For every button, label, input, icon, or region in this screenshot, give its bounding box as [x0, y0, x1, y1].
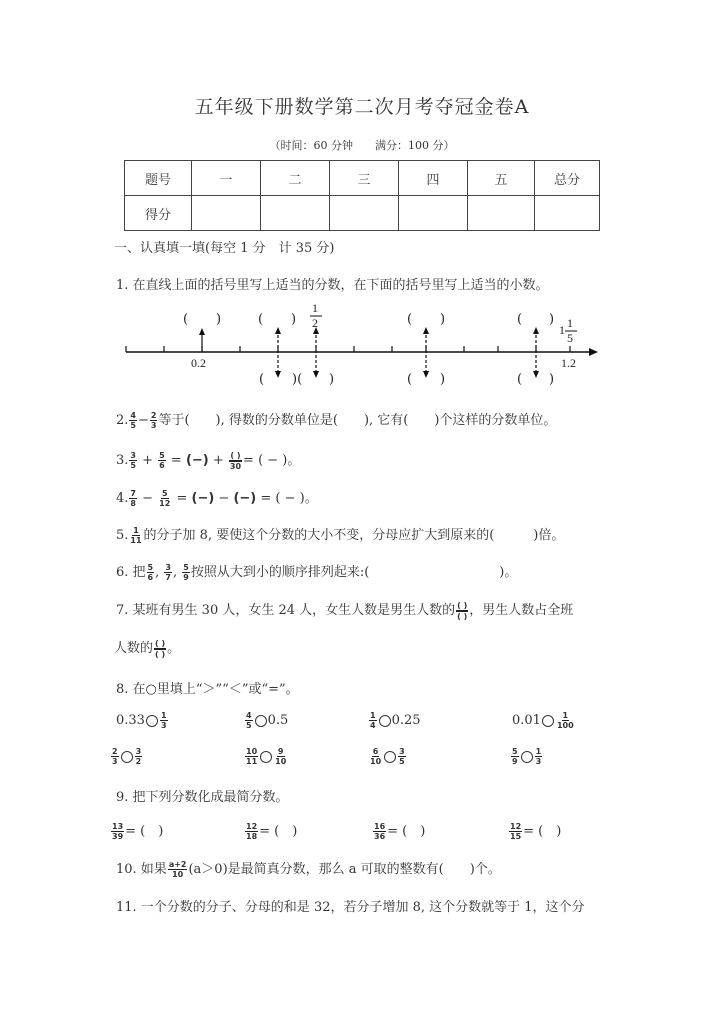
- nl-blank-upper-2-close[interactable]: ): [291, 312, 296, 327]
- q8-item-1-right: 13: [160, 711, 168, 730]
- header-cell-2: 二: [261, 161, 330, 196]
- q9-item-3: 1636= ( ): [372, 820, 425, 841]
- q8-item-6: 1011910: [244, 747, 288, 766]
- score-cell-4[interactable]: [399, 196, 468, 231]
- question-9-text: 9. 把下列分数化成最简分数。: [116, 786, 289, 805]
- q5-number: 5.: [116, 528, 128, 543]
- header-cell-question-no: 题号: [125, 161, 192, 196]
- question-6: 6. 把56, 37, 59按照从大到小的顺序排列起来:( )。: [116, 561, 517, 582]
- q2-fraction-2: 23: [150, 411, 158, 430]
- q8-item-7-right: 35: [398, 747, 406, 766]
- compare-circle-icon[interactable]: [521, 751, 533, 763]
- nl-blank-upper-4-close[interactable]: ): [549, 312, 554, 327]
- q9-item-4-blank[interactable]: = ( ): [523, 824, 561, 839]
- q4-equals: =: [176, 491, 187, 506]
- compare-circle-icon[interactable]: [384, 751, 396, 763]
- q4-tail[interactable]: = ( − )。: [260, 491, 317, 506]
- compare-circle-icon[interactable]: [260, 751, 272, 763]
- header-cell-total: 总分: [535, 161, 600, 196]
- nl-mixed-whole: 1: [559, 323, 565, 338]
- nl-mixed-den: 5: [567, 331, 573, 346]
- section-heading: 一、认真填一填(每空 1 分 计 35 分): [114, 237, 335, 256]
- score-cell-total[interactable]: [535, 196, 600, 231]
- q10-text: (a＞0)是最简真分数，那么 a 可取的整数有( )个。: [188, 862, 500, 877]
- compare-circle-icon[interactable]: [379, 715, 391, 727]
- nl-label-0-2: 0.2: [191, 356, 206, 371]
- q7-text-c: 人数的: [114, 641, 153, 656]
- q9-item-1-fraction: 1339: [111, 822, 124, 841]
- nl-blank-lower-4-close[interactable]: ): [549, 372, 554, 387]
- q4-fraction-2: 512: [158, 489, 171, 508]
- q3-number: 3.: [116, 453, 128, 468]
- q6-prefix: 6. 把: [116, 565, 146, 580]
- q10-fraction: a+210: [168, 860, 188, 879]
- question-8-text: 8. 在○里填上“＞”“＜”或“=”。: [116, 678, 299, 697]
- q7-text-a: 7. 某班有男生 30 人，女生 24 人，女生人数是男生人数的: [116, 603, 455, 618]
- q3-fraction-3: ( )30: [229, 451, 242, 471]
- nl-blank-upper-4-open[interactable]: (: [517, 312, 522, 327]
- nl-label-1-2: 1.2: [561, 356, 576, 371]
- q9-item-2-blank[interactable]: = ( ): [259, 824, 297, 839]
- score-row-label: 得分: [125, 196, 192, 231]
- number-line: [0, 300, 724, 400]
- q8-item-7-left: 610: [369, 747, 382, 766]
- q8-item-8: 5913: [510, 747, 543, 766]
- nl-half-den: 2: [312, 316, 318, 331]
- nl-blank-lower-3-close[interactable]: ): [440, 372, 445, 387]
- q5-text: 的分子加 8, 要使这个分数的大小不变，分母应扩大到原来的( )倍。: [144, 528, 565, 543]
- q6-fraction-1: 56: [147, 563, 155, 582]
- q8-item-4-right: 1100: [556, 711, 575, 730]
- question-11-text: 11. 一个分数的分子、分母的和是 32，若分子增加 8, 这个分数就等于 1，…: [116, 896, 585, 915]
- q7-text-b: ，男生人数占全班: [469, 603, 573, 618]
- q8-item-1-left: 0.33: [116, 713, 145, 728]
- q4-minus: −: [142, 491, 153, 506]
- nl-mixed-num: 1: [567, 316, 573, 331]
- q9-item-3-fraction: 1636: [373, 822, 386, 841]
- q4-number: 4.: [116, 491, 128, 506]
- score-cell-3[interactable]: [330, 196, 399, 231]
- score-cell-1[interactable]: [192, 196, 261, 231]
- q8-item-7: 61035: [368, 747, 407, 766]
- q8-item-4: 0.011100: [512, 711, 576, 730]
- q8-item-3-left: 14: [369, 711, 377, 730]
- nl-half-num: 1: [312, 301, 318, 316]
- q6-fraction-2: 37: [164, 563, 172, 582]
- nl-blank-upper-1-open[interactable]: (: [183, 312, 188, 327]
- q3-fraction-2: 56: [158, 451, 166, 470]
- nl-blank-upper-3-open[interactable]: (: [407, 312, 412, 327]
- q4-blank-2[interactable]: (−): [233, 491, 256, 506]
- q8-item-3-right: 0.25: [392, 713, 421, 728]
- q8-item-8-left: 59: [511, 747, 519, 766]
- nl-blank-lower-1-2-join[interactable]: )(: [292, 372, 302, 387]
- q8-item-2: 450.5: [244, 711, 288, 730]
- q10-prefix: 10. 如果: [116, 862, 167, 877]
- page-title: 五年级下册数学第二次月考夺冠金卷A: [0, 92, 724, 119]
- nl-blank-lower-1-open[interactable]: (: [259, 372, 264, 387]
- question-3: 3.35 + 56 = (−) + ( )30= ( − )。: [116, 449, 300, 471]
- score-table: 题号 一 二 三 四 五 总分 得分: [124, 160, 600, 231]
- q4-minus-2: −: [218, 491, 229, 506]
- nl-blank-lower-2-close[interactable]: ): [329, 372, 334, 387]
- q4-blank-1[interactable]: (−): [192, 491, 215, 506]
- q8-item-5-right: 32: [135, 747, 143, 766]
- q9-item-1-blank[interactable]: = ( ): [125, 824, 163, 839]
- q3-blank-1[interactable]: (−): [186, 453, 209, 468]
- q2-number: 2.: [116, 413, 128, 428]
- header-cell-5: 五: [468, 161, 535, 196]
- q8-item-6-right: 910: [274, 747, 287, 766]
- q9-item-2: 1218= ( ): [244, 820, 297, 841]
- q6-separator-1: ,: [155, 565, 159, 580]
- compare-circle-icon[interactable]: [255, 715, 267, 727]
- header-cell-3: 三: [330, 161, 399, 196]
- q4-fraction-1: 78: [129, 489, 137, 508]
- score-cell-5[interactable]: [468, 196, 535, 231]
- q8-item-3: 140.25: [368, 711, 421, 730]
- q6-separator-2: ,: [173, 565, 177, 580]
- q9-item-3-blank[interactable]: = ( ): [387, 824, 425, 839]
- compare-circle-icon[interactable]: [146, 715, 158, 727]
- score-table-header-row: 题号 一 二 三 四 五 总分: [125, 161, 600, 196]
- q9-item-4: 1215= ( ): [508, 820, 561, 841]
- q3-plus: +: [142, 453, 153, 468]
- q3-equals: =: [171, 453, 182, 468]
- q3-tail[interactable]: = ( − )。: [243, 453, 300, 468]
- score-table-score-row: 得分: [125, 196, 600, 231]
- score-cell-2[interactable]: [261, 196, 330, 231]
- question-7-line-1: 7. 某班有男生 30 人，女生 24 人，女生人数是男生人数的( )( )，男…: [116, 599, 573, 621]
- compare-circle-icon[interactable]: [121, 751, 133, 763]
- q7-blank-fraction-1[interactable]: ( )( ): [456, 601, 468, 621]
- q7-blank-fraction-2[interactable]: ( )( ): [154, 639, 166, 659]
- q8-item-6-left: 1011: [245, 747, 258, 766]
- q3-plus-2: +: [213, 453, 224, 468]
- q9-item-4-fraction: 1215: [509, 822, 522, 841]
- q2-text: 等于( ), 得数的分数单位是( ), 它有( )个这样的分数单位。: [158, 413, 556, 428]
- q2-operator: −: [138, 413, 149, 428]
- header-cell-4: 四: [399, 161, 468, 196]
- q8-item-5-left: 23: [111, 747, 119, 766]
- question-10: 10. 如果a+210(a＞0)是最简真分数，那么 a 可取的整数有( )个。: [116, 858, 501, 879]
- q8-item-8-right: 13: [535, 747, 543, 766]
- q8-item-4-left: 0.01: [512, 713, 541, 728]
- q6-fraction-3: 59: [182, 563, 190, 582]
- q6-text: 按照从大到小的顺序排列起来:( )。: [191, 565, 518, 580]
- nl-blank-lower-3-open[interactable]: (: [407, 372, 412, 387]
- question-1-text: 1. 在直线上面的括号里写上适当的分数，在下面的括号里写上适当的小数。: [116, 274, 549, 293]
- compare-circle-icon[interactable]: [542, 715, 554, 727]
- question-7-line-2: 人数的( )( )。: [114, 637, 180, 659]
- q9-item-2-fraction: 1218: [245, 822, 258, 841]
- q8-item-5: 2332: [110, 747, 143, 766]
- q8-item-2-right: 0.5: [268, 713, 289, 728]
- nl-blank-upper-1-close[interactable]: ): [216, 312, 221, 327]
- q8-item-1: 0.3313: [116, 711, 169, 730]
- question-5: 5.111的分子加 8, 要使这个分数的大小不变，分母应扩大到原来的( )倍。: [116, 524, 564, 545]
- nl-blank-upper-3-close[interactable]: ): [440, 312, 445, 327]
- question-4: 4.78 − 512 = (−) − (−) = ( − )。: [116, 487, 318, 508]
- nl-blank-upper-2-open[interactable]: (: [258, 312, 263, 327]
- q2-fraction-1: 45: [129, 411, 137, 430]
- exam-info: （时间：60 分钟 满分：100 分）: [0, 137, 724, 153]
- nl-blank-lower-4-open[interactable]: (: [517, 372, 522, 387]
- header-cell-1: 一: [192, 161, 261, 196]
- q9-item-1: 1339= ( ): [110, 820, 163, 841]
- q5-fraction: 111: [129, 526, 142, 545]
- q8-item-2-left: 45: [245, 711, 253, 730]
- question-2: 2.45−23等于( ), 得数的分数单位是( ), 它有( )个这样的分数单位…: [116, 409, 556, 430]
- q7-end: 。: [167, 641, 180, 656]
- q3-fraction-1: 35: [129, 451, 137, 470]
